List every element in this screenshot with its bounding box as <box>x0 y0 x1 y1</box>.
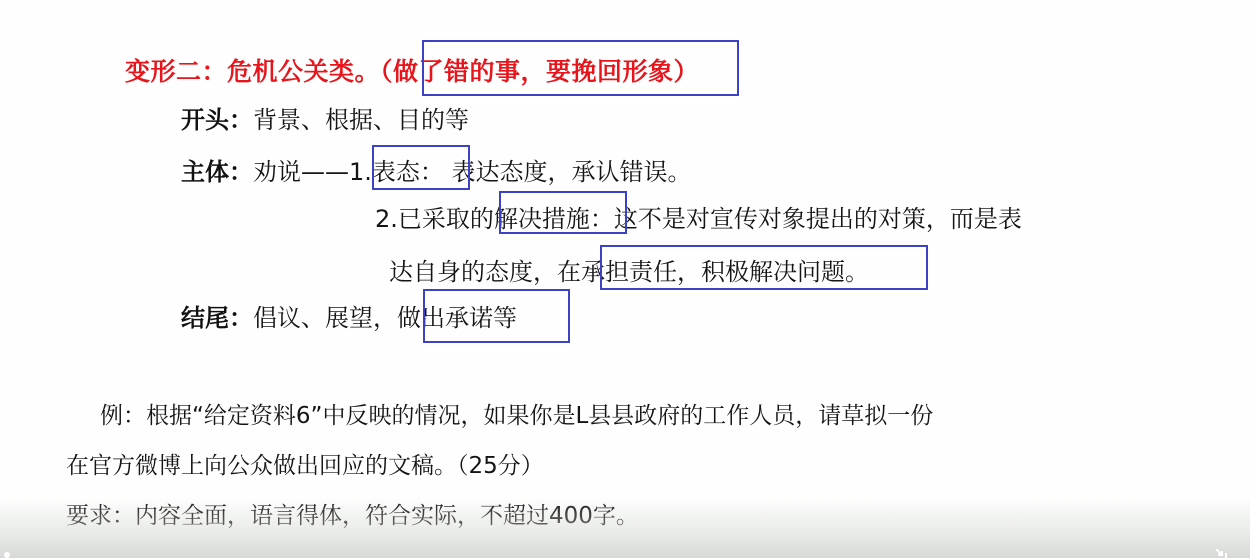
step2-continuation-line: 达自身的态度，在承担责任，积极解决问题。 <box>389 256 869 288</box>
ending-label: 结尾： <box>181 304 253 332</box>
body-label: 主体： <box>181 158 253 186</box>
step2-cont-highlight: 承担责任，积极解决问题。 <box>581 258 869 286</box>
step2-cont-prefix: 达自身的态度，在 <box>389 258 581 286</box>
ending-line: 结尾：倡议、展望，做出承诺等 <box>181 302 517 334</box>
opening-label: 开头： <box>181 106 253 134</box>
fullscreen-icon[interactable] <box>1214 546 1230 558</box>
example-line-1: 例：根据“给定资料6”中反映的情况，如果你是L县县政府的工作人员，请草拟一份 <box>100 400 933 432</box>
ending-text: 倡议、展望， <box>253 304 397 332</box>
player-controls-overlay <box>0 498 1250 558</box>
example-line-2: 在官方微博上向公众做出回应的文稿。（25分） <box>66 450 544 482</box>
heading-prefix: 变形二：危机公关类。 <box>125 57 380 86</box>
ending-highlight: 做出承诺等 <box>397 304 517 332</box>
slide-heading: 变形二：危机公关类。（做了错的事，要挽回形象） <box>125 56 699 88</box>
progress-scrubber[interactable] <box>4 552 10 558</box>
body-lead: 劝说—— <box>253 158 349 186</box>
opening-line: 开头：背景、根据、目的等 <box>181 104 469 136</box>
step2-prefix: 2.已采取的 <box>375 205 494 233</box>
step1-highlight: 1.表态： <box>349 158 444 186</box>
body-line: 主体：劝说——1.表态： 表达态度，承认错误。 <box>181 156 692 188</box>
step2-text: 这不是对宣传对象提出的对策，而是表 <box>614 205 1022 233</box>
step2-line: 2.已采取的解决措施：这不是对宣传对象提出的对策，而是表 <box>375 203 1022 235</box>
heading-highlight: （做了错的事，要挽回形象） <box>380 57 699 86</box>
step2-highlight: 解决措施： <box>494 205 614 233</box>
video-slide: 变形二：危机公关类。（做了错的事，要挽回形象） 开头：背景、根据、目的等 主体：… <box>0 0 1250 558</box>
step1-text: 表达态度，承认错误。 <box>452 158 692 186</box>
opening-text: 背景、根据、目的等 <box>253 106 469 134</box>
